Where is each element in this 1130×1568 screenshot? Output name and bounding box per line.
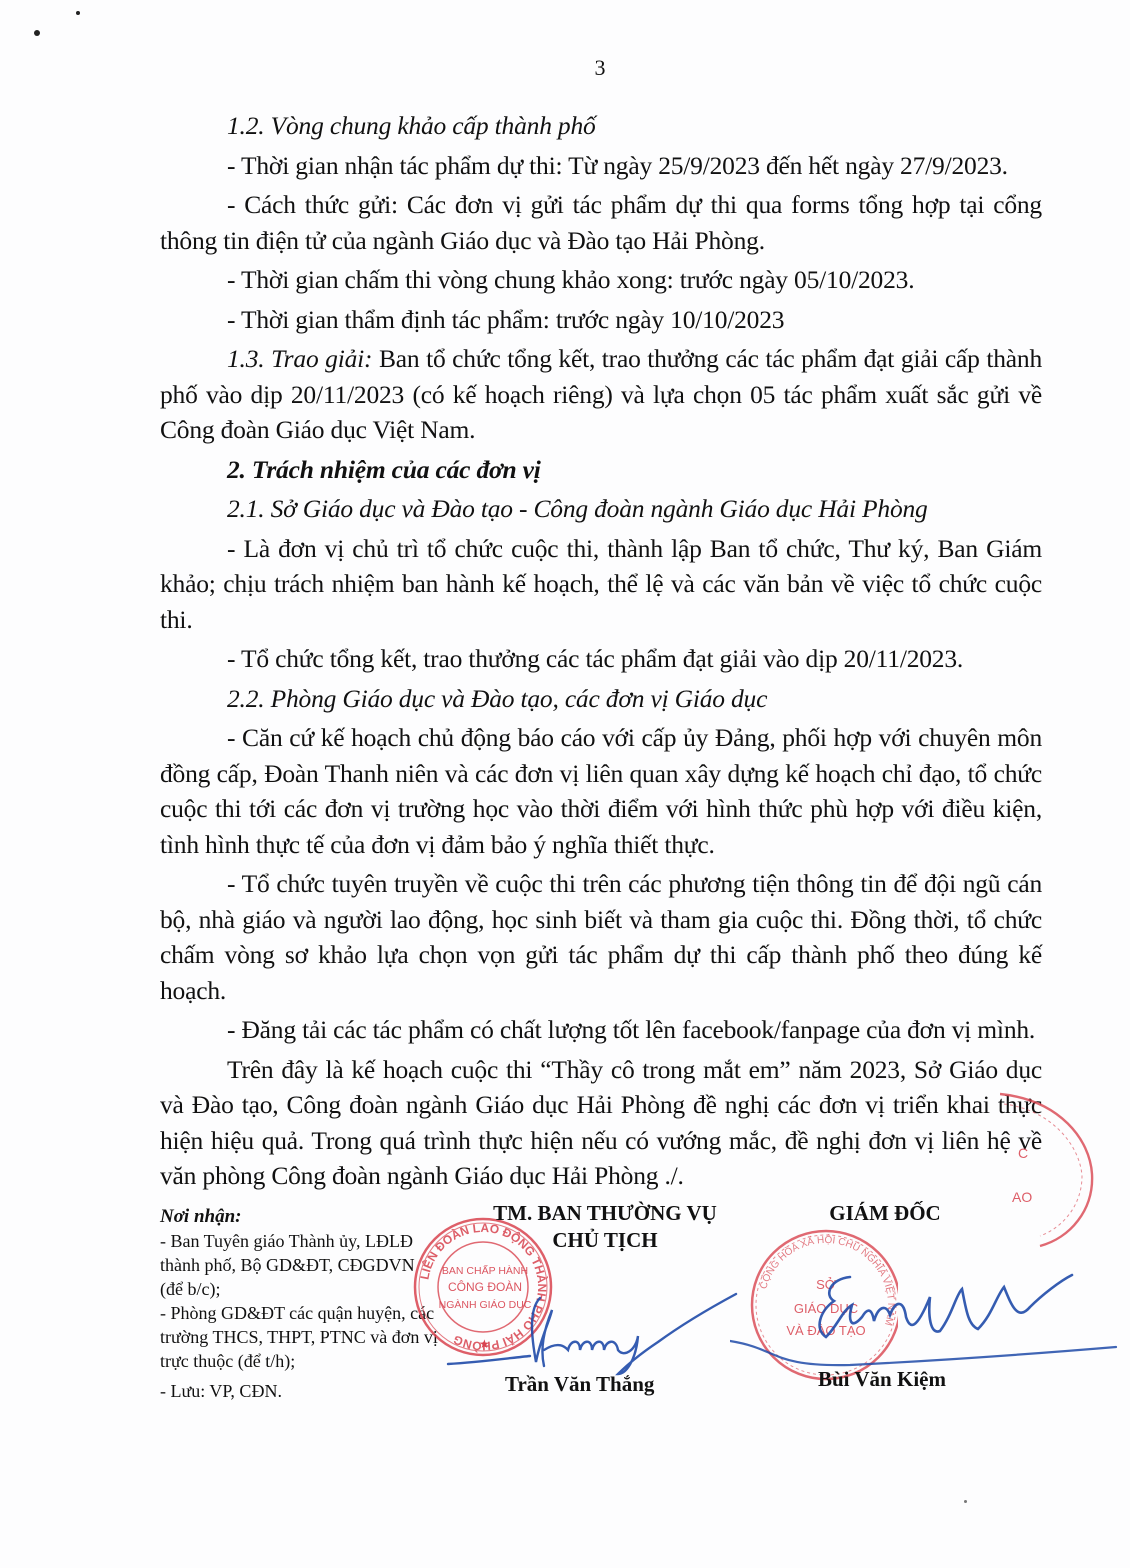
paragraph: - Là đơn vị chủ trì tổ chức cuộc thi, th… xyxy=(160,531,1042,638)
handwritten-signature-left xyxy=(440,1270,740,1380)
scan-speck xyxy=(34,30,40,36)
scan-speck xyxy=(76,11,80,15)
signer-role-line2: CHỦ TỊCH xyxy=(440,1227,770,1254)
paragraph: - Căn cứ kế hoạch chủ động báo cáo với c… xyxy=(160,720,1042,862)
scan-speck xyxy=(964,1500,967,1503)
paragraph: - Tổ chức tuyên truyền về cuộc thi trên … xyxy=(160,866,1042,1008)
document-page: 3 1.2. Vòng chung khảo cấp thành phố - T… xyxy=(0,0,1130,1568)
page-number: 3 xyxy=(0,55,1130,81)
signature-block-left: TM. BAN THƯỜNG VỤ CHỦ TỊCH xyxy=(440,1200,770,1254)
seal-fragment: C AO xyxy=(1000,1090,1100,1250)
section-label-1-3: 1.3. Trao giải: xyxy=(227,344,372,373)
paragraph: - Cách thức gửi: Các đơn vị gửi tác phẩm… xyxy=(160,187,1042,258)
section-heading-1-2: 1.2. Vòng chung khảo cấp thành phố xyxy=(160,108,1042,144)
handwritten-signature-right xyxy=(730,1255,1120,1375)
recipients-title: Nơi nhận: xyxy=(160,1205,440,1229)
document-body: 1.2. Vòng chung khảo cấp thành phố - Thờ… xyxy=(160,108,1042,1198)
signer-role-line1: TM. BAN THƯỜNG VỤ xyxy=(440,1200,770,1227)
paragraph: - Thời gian chấm thi vòng chung khảo xon… xyxy=(160,262,1042,298)
signer-name-right: Bùi Văn Kiệm xyxy=(818,1367,946,1392)
section-1-3: 1.3. Trao giải: Ban tổ chức tổng kết, tr… xyxy=(160,341,1042,448)
signature-block-right: GIÁM ĐỐC xyxy=(780,1200,990,1227)
signer-name-left: Trần Văn Thắng xyxy=(505,1372,654,1397)
closing-paragraph: Trên đây là kế hoạch cuộc thi “Thầy cô t… xyxy=(160,1052,1042,1194)
recipients-block: Nơi nhận: - Ban Tuyên giáo Thành ủy, LĐL… xyxy=(160,1205,440,1403)
recipient-item: - Phòng GD&ĐT các quận huyện, các trường… xyxy=(160,1301,440,1373)
section-heading-2-1: 2.1. Sở Giáo dục và Đào tạo - Công đoàn … xyxy=(160,491,1042,527)
signer-role-right: GIÁM ĐỐC xyxy=(780,1200,990,1227)
paragraph: - Đăng tải các tác phẩm có chất lượng tố… xyxy=(160,1012,1042,1048)
svg-text:C: C xyxy=(1018,1145,1028,1161)
section-heading-2-2: 2.2. Phòng Giáo dục và Đào tạo, các đơn … xyxy=(160,681,1042,717)
svg-text:AO: AO xyxy=(1012,1189,1032,1205)
paragraph: - Thời gian thẩm định tác phẩm: trước ng… xyxy=(160,302,1042,338)
section-heading-2: 2. Trách nhiệm của các đơn vị xyxy=(160,452,1042,488)
paragraph: - Tổ chức tổng kết, trao thưởng các tác … xyxy=(160,641,1042,677)
recipient-archive: - Lưu: VP, CĐN. xyxy=(160,1379,440,1403)
recipient-item: - Ban Tuyên giáo Thành ủy, LĐLĐ thành ph… xyxy=(160,1229,440,1301)
paragraph: - Thời gian nhận tác phẩm dự thi: Từ ngà… xyxy=(160,148,1042,184)
